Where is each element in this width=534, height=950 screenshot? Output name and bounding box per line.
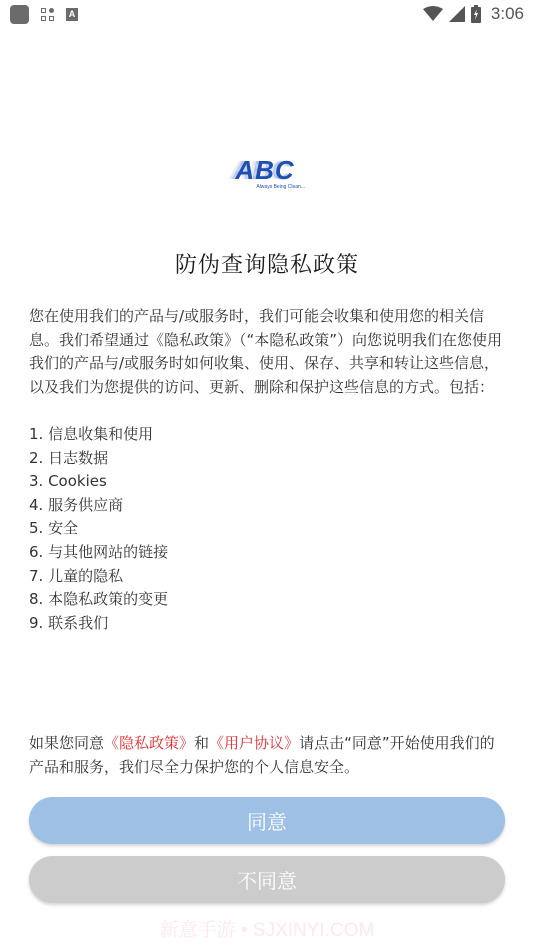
consent-prefix: 如果您同意 (29, 734, 104, 752)
notification-square-icon (10, 5, 29, 24)
consent-and: 和 (194, 734, 209, 752)
app-logo: ABC Always Being Clean... (217, 130, 313, 216)
status-bar: A 3:06 (0, 0, 534, 28)
logo-text: ABC (235, 157, 294, 183)
status-bar-right: 3:06 (423, 4, 524, 24)
logo-tagline: Always Being Clean... (256, 184, 305, 190)
list-item: 8. 本隐私政策的变更 (29, 588, 509, 612)
list-item: 7. 儿童的隐私 (29, 565, 509, 589)
policy-intro: 您在使用我们的产品与/或服务时，我们可能会收集和使用您的相关信息。我们希望通过《… (29, 305, 509, 399)
list-item: 5. 安全 (29, 517, 509, 541)
consent-text: 如果您同意《隐私政策》和《用户协议》请点击“同意”开始使用我们的产品和服务，我们… (29, 731, 509, 779)
user-agreement-link[interactable]: 《用户协议》 (209, 734, 299, 752)
a-text-icon: A (66, 8, 78, 21)
list-item: 6. 与其他网站的链接 (29, 541, 509, 565)
status-bar-left: A (10, 5, 78, 24)
policy-sections-list: 1. 信息收集和使用 2. 日志数据 3. Cookies 4. 服务供应商 5… (29, 423, 509, 635)
clock: 3:06 (491, 4, 524, 24)
disagree-button[interactable]: 不同意 (29, 856, 505, 903)
policy-content: 您在使用我们的产品与/或服务时，我们可能会收集和使用您的相关信息。我们希望通过《… (29, 305, 509, 635)
cellular-signal-icon (449, 6, 465, 22)
battery-charging-icon (471, 5, 481, 23)
list-item: 1. 信息收集和使用 (29, 423, 509, 447)
list-item: 4. 服务供应商 (29, 494, 509, 518)
agree-button[interactable]: 同意 (29, 797, 505, 844)
wifi-icon (423, 6, 443, 22)
list-item: 9. 联系我们 (29, 612, 509, 636)
list-item: 2. 日志数据 (29, 447, 509, 471)
list-item: 3. Cookies (29, 470, 509, 494)
privacy-policy-link[interactable]: 《隐私政策》 (104, 734, 194, 752)
page-title: 防伪查询隐私政策 (0, 248, 534, 279)
watermark: 新意手游 • SJXINYI.COM (0, 915, 534, 942)
apps-grid-icon (41, 8, 54, 21)
